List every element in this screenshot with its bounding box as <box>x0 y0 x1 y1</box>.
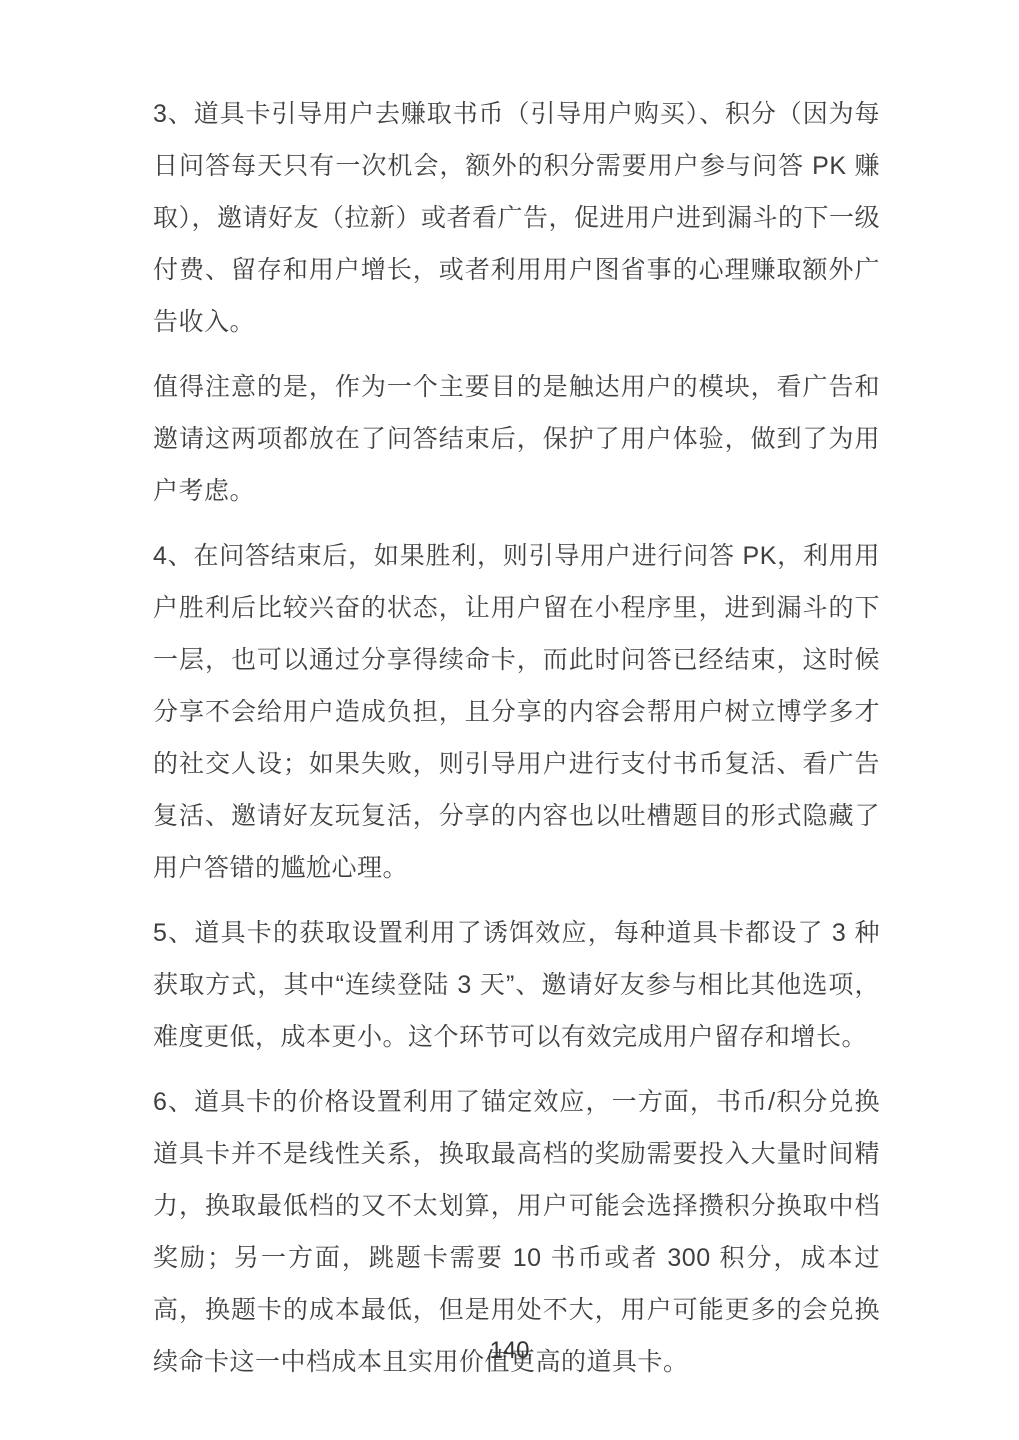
paragraph-item-4: 4、在问答结束后，如果胜利，则引导用户进行问答 PK，利用用户胜利后比较兴奋的状… <box>153 530 880 894</box>
document-body: 3、道具卡引导用户去赚取书币（引导用户购买）、积分（因为每日问答每天只有一次机会… <box>153 88 880 1388</box>
paragraph-item-3: 3、道具卡引导用户去赚取书币（引导用户购买）、积分（因为每日问答每天只有一次机会… <box>153 88 880 348</box>
document-page: 3、道具卡引导用户去赚取书币（引导用户购买）、积分（因为每日问答每天只有一次机会… <box>0 0 1019 1440</box>
paragraph-note: 值得注意的是，作为一个主要目的是触达用户的模块，看广告和邀请这两项都放在了问答结… <box>153 361 880 517</box>
page-number: 140 <box>0 1336 1019 1366</box>
paragraph-item-5: 5、道具卡的获取设置利用了诱饵效应，每种道具卡都设了 3 种获取方式，其中“连续… <box>153 907 880 1063</box>
